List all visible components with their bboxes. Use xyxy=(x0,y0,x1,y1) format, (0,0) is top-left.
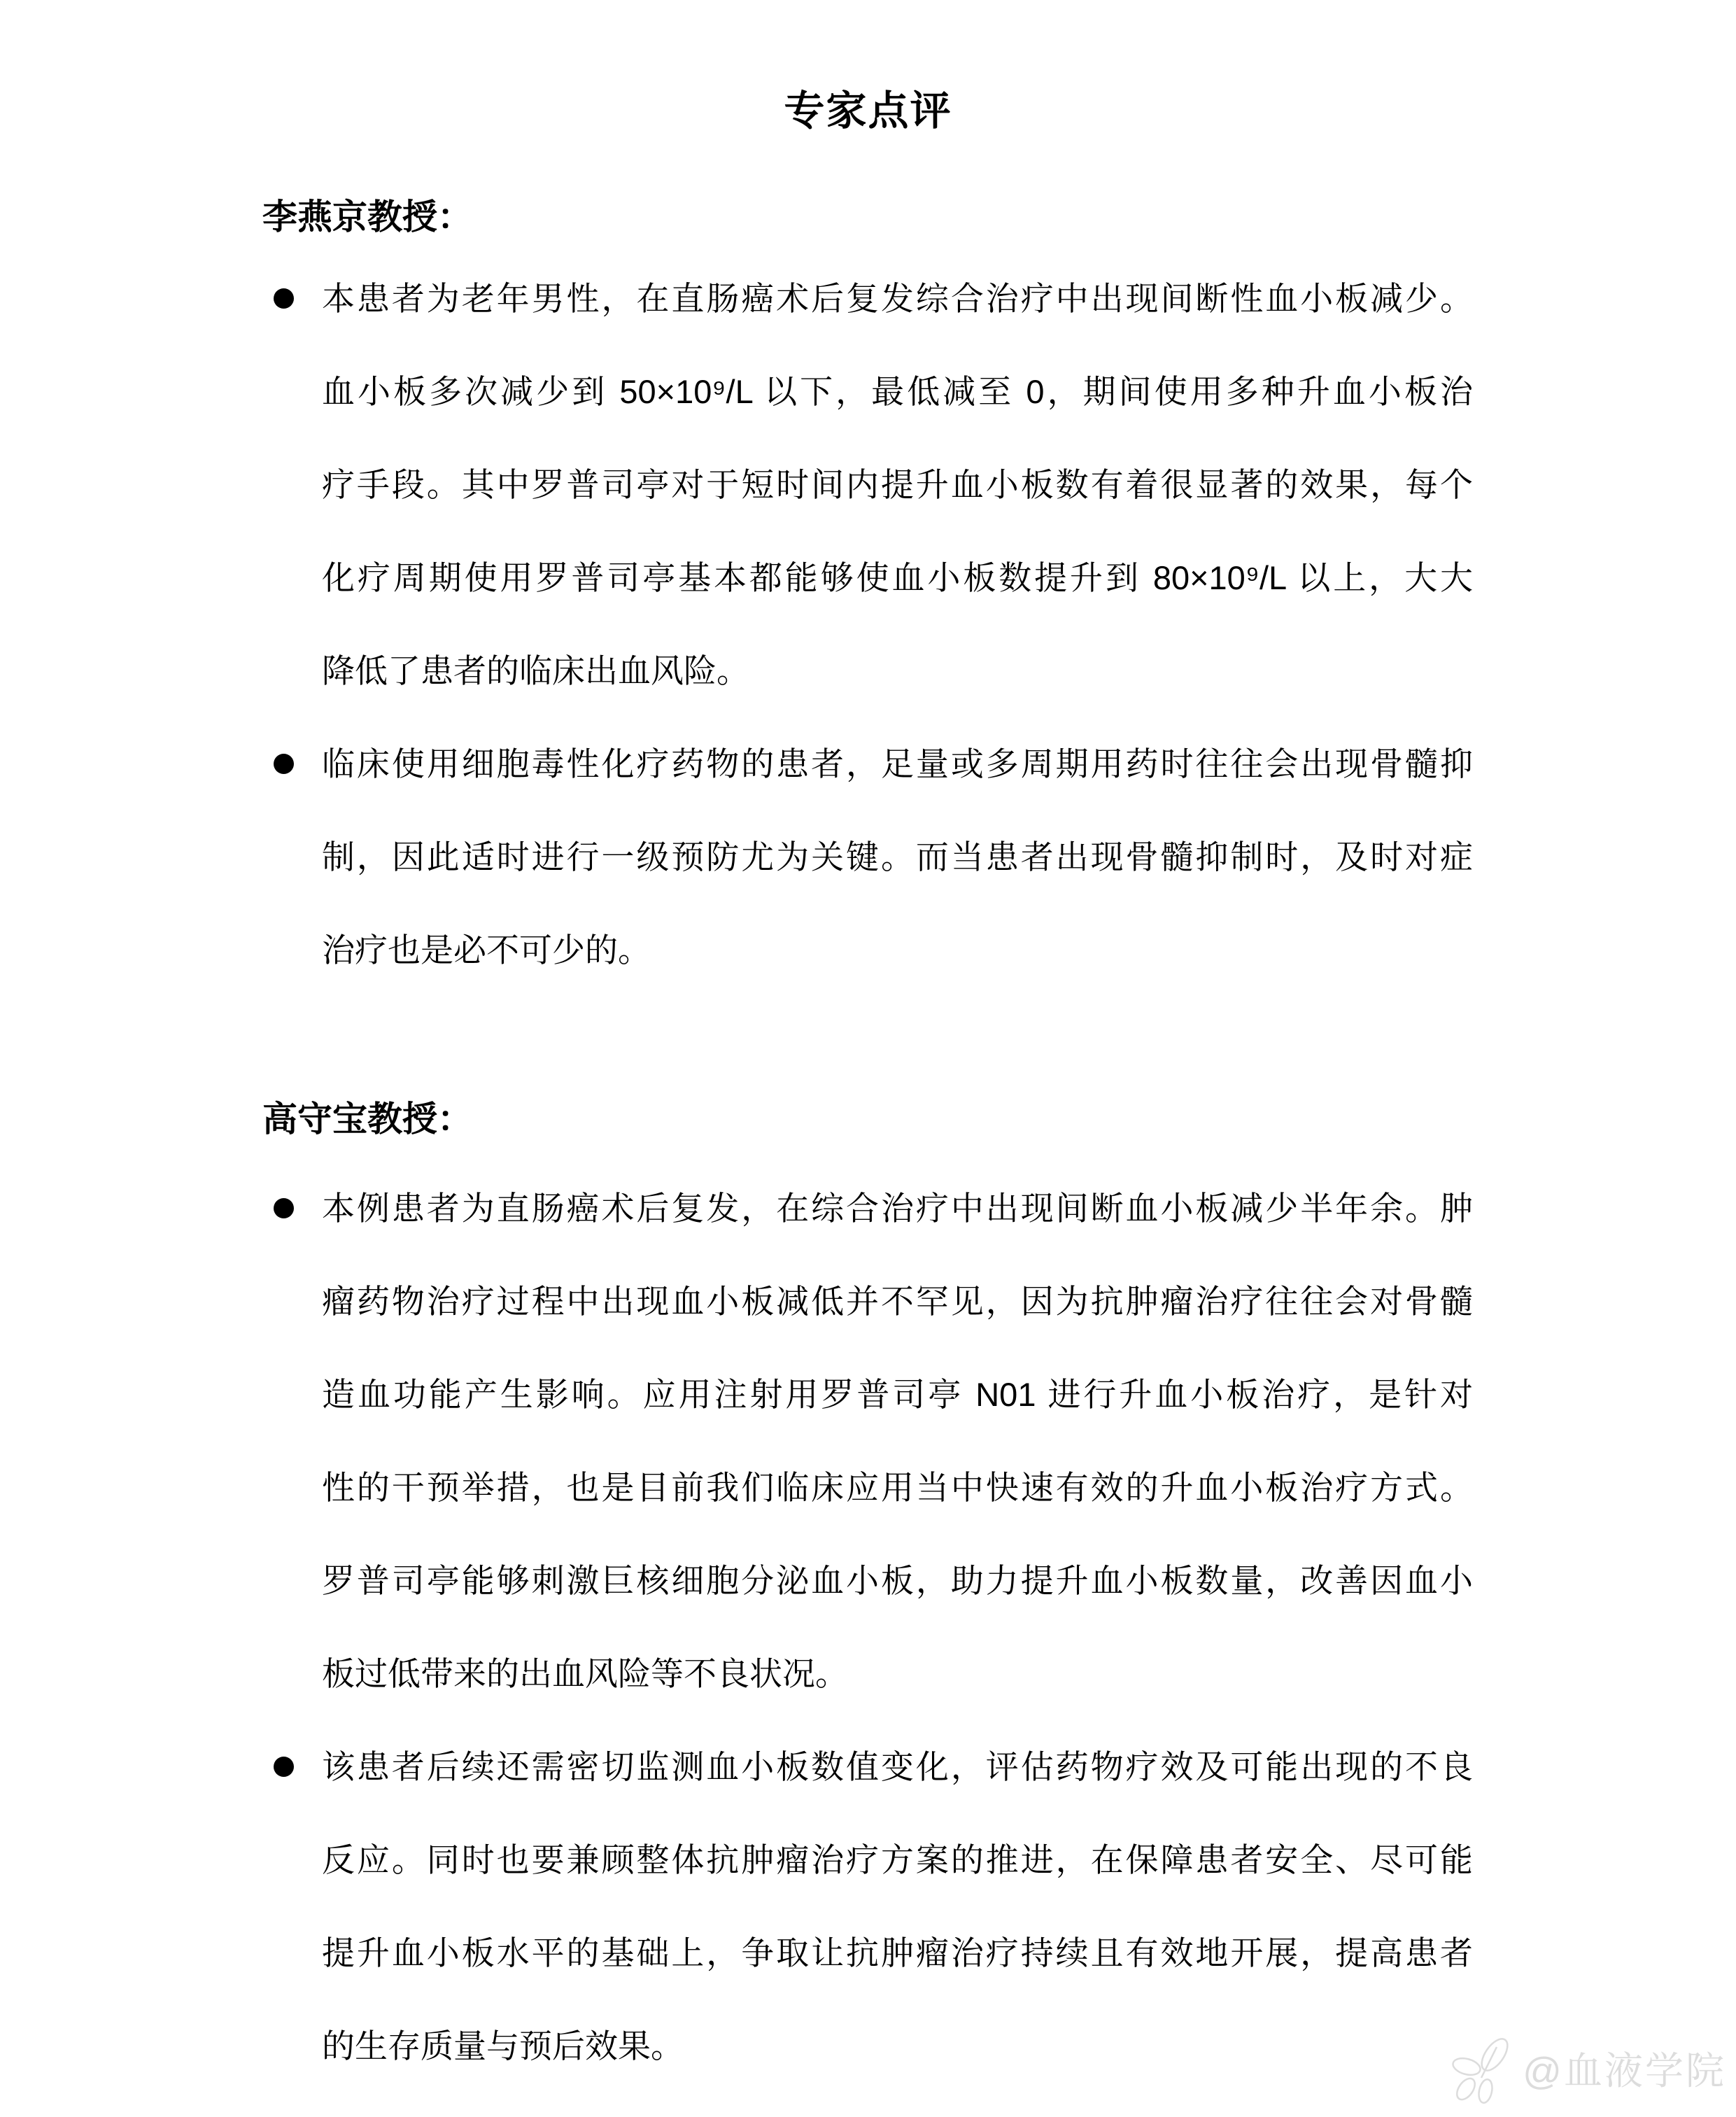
text-line: 本例患者为直肠癌术后复发，在综合治疗中出现间断血小板减少半年余。肿 xyxy=(322,1162,1473,1255)
bullet-text: 临床使用细胞毒性化疗药物的患者，足量或多周期用药时往往会出现骨髓抑制，因此适时进… xyxy=(322,717,1473,997)
page-title: 专家点评 xyxy=(0,0,1736,134)
section-heading: 李燕京教授： xyxy=(262,196,1473,238)
text-line: 性的干预举措，也是目前我们临床应用当中快速有效的升血小板治疗方式。 xyxy=(322,1441,1473,1534)
bullet-icon xyxy=(274,754,294,774)
bullet-icon xyxy=(274,1757,294,1777)
bullet-item: 该患者后续还需密切监测血小板数值变化，评估药物疗效及可能出现的不良反应。同时也要… xyxy=(262,1720,1473,2093)
bullet-item: 本例患者为直肠癌术后复发，在综合治疗中出现间断血小板减少半年余。肿瘤药物治疗过程… xyxy=(262,1162,1473,1720)
text-line: 瘤药物治疗过程中出现血小板减低并不罕见，因为抗肿瘤治疗往往会对骨髓 xyxy=(322,1255,1473,1348)
text-line: 造血功能产生影响。应用注射用罗普司亭 N01 进行升血小板治疗，是针对 xyxy=(322,1348,1473,1441)
document-page: 专家点评 李燕京教授：本患者为老年男性，在直肠癌术后复发综合治疗中出现间断性血小… xyxy=(0,0,1736,2117)
bullet-item: 临床使用细胞毒性化疗药物的患者，足量或多周期用药时往往会出现骨髓抑制，因此适时进… xyxy=(262,717,1473,997)
section-heading: 高守宝教授： xyxy=(262,1098,1473,1140)
text-line: 化疗周期使用罗普司亭基本都能够使血小板数提升到 80×10⁹/L 以上，大大 xyxy=(322,531,1473,624)
bullet-icon xyxy=(274,1198,294,1218)
text-line: 罗普司亭能够刺激巨核细胞分泌血小板，助力提升血小板数量，改善因血小 xyxy=(322,1534,1473,1627)
bullet-list: 本例患者为直肠癌术后复发，在综合治疗中出现间断血小板减少半年余。肿瘤药物治疗过程… xyxy=(262,1162,1473,2093)
bullet-text: 本患者为老年男性，在直肠癌术后复发综合治疗中出现间断性血小板减少。血小板多次减少… xyxy=(322,252,1473,717)
text-line: 板过低带来的出血风险等不良状况。 xyxy=(322,1627,1473,1720)
text-line: 疗手段。其中罗普司亭对于短时间内提升血小板数有着很显著的效果，每个 xyxy=(322,438,1473,531)
text-line: 的生存质量与预后效果。 xyxy=(322,1999,1473,2093)
text-line: 提升血小板水平的基础上，争取让抗肿瘤治疗持续且有效地开展，提高患者 xyxy=(322,1906,1473,1999)
bullet-item: 本患者为老年男性，在直肠癌术后复发综合治疗中出现间断性血小板减少。血小板多次减少… xyxy=(262,252,1473,717)
text-line: 反应。同时也要兼顾整体抗肿瘤治疗方案的推进，在保障患者安全、尽可能 xyxy=(322,1813,1473,1906)
sections-container: 李燕京教授：本患者为老年男性，在直肠癌术后复发综合治疗中出现间断性血小板减少。血… xyxy=(0,196,1736,2093)
expert-section: 李燕京教授：本患者为老年男性，在直肠癌术后复发综合治疗中出现间断性血小板减少。血… xyxy=(262,196,1473,997)
bullet-text: 该患者后续还需密切监测血小板数值变化，评估药物疗效及可能出现的不良反应。同时也要… xyxy=(322,1720,1473,2093)
expert-section: 高守宝教授：本例患者为直肠癌术后复发，在综合治疗中出现间断血小板减少半年余。肿瘤… xyxy=(262,1098,1473,2093)
bullet-text: 本例患者为直肠癌术后复发，在综合治疗中出现间断血小板减少半年余。肿瘤药物治疗过程… xyxy=(322,1162,1473,1720)
text-line: 制，因此适时进行一级预防尤为关键。而当患者出现骨髓抑制时，及时对症 xyxy=(322,810,1473,903)
text-line: 降低了患者的临床出血风险。 xyxy=(322,624,1473,717)
text-line: 治疗也是必不可少的。 xyxy=(322,903,1473,997)
bullet-icon xyxy=(274,288,294,309)
text-line: 本患者为老年男性，在直肠癌术后复发综合治疗中出现间断性血小板减少。 xyxy=(322,252,1473,345)
text-line: 血小板多次减少到 50×10⁹/L 以下，最低减至 0，期间使用多种升血小板治 xyxy=(322,345,1473,438)
text-line: 该患者后续还需密切监测血小板数值变化，评估药物疗效及可能出现的不良 xyxy=(322,1720,1473,1813)
text-line: 临床使用细胞毒性化疗药物的患者，足量或多周期用药时往往会出现骨髓抑 xyxy=(322,717,1473,810)
bullet-list: 本患者为老年男性，在直肠癌术后复发综合治疗中出现间断性血小板减少。血小板多次减少… xyxy=(262,252,1473,997)
